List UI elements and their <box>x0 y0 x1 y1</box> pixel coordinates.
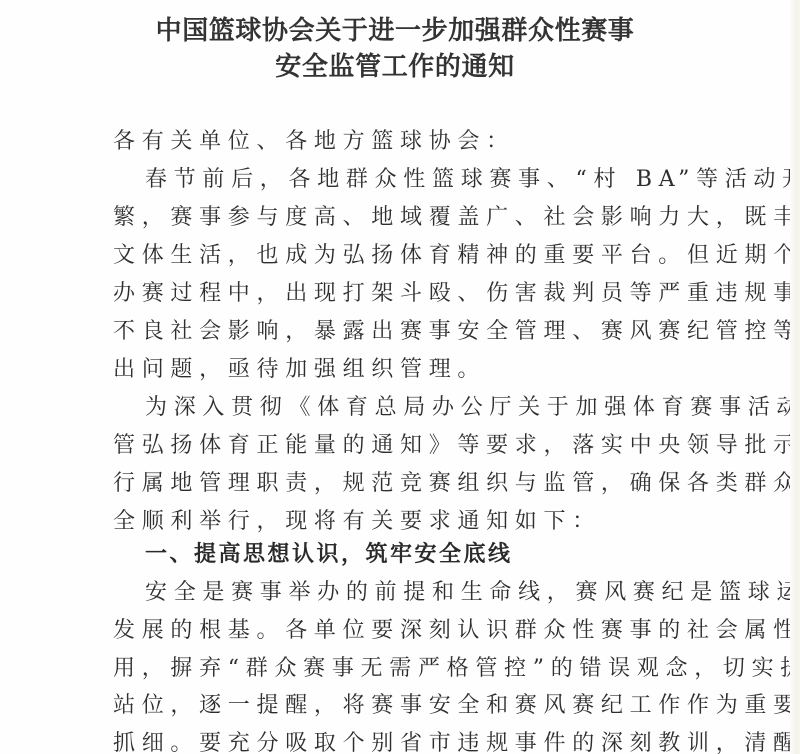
paragraph-line: 全顺利举行，现将有关要求通知如下： <box>113 509 693 535</box>
paragraph-line: 管弘扬体育正能量的通知》等要求，落实中央领导批示精神，履 <box>113 433 693 459</box>
paragraph-line: 办赛过程中，出现打架斗殴、伤害裁判员等严重违规事件，造成 <box>113 281 693 307</box>
paragraph-line: 繁，赛事参与度高、地域覆盖广、社会影响力大，既丰富了群众 <box>113 205 693 231</box>
paragraph-line: 站位，逐一提醒，将赛事安全和赛风赛纪工作作为重要责任抓实 <box>113 693 693 719</box>
paragraph-line: 安全是赛事举办的前提和生命线，赛风赛纪是篮球运动健康 <box>145 580 725 606</box>
page-edge-shadow <box>790 0 800 754</box>
salutation: 各有关单位、各地方篮球协会： <box>113 129 693 155</box>
paragraph-line: 抓细。要充分吸取个别省市违规事件的深刻教训，清醒认识到打 <box>113 731 693 754</box>
paragraph-line: 用，摒弃“群众赛事无需严格管控”的错误观念，切实提高政治 <box>113 656 693 682</box>
paragraph-line: 发展的根基。各单位要深刻认识群众性赛事的社会属性和示范作 <box>113 618 693 644</box>
paragraph-line: 行属地管理职责，规范竞赛组织与监管，确保各类群众性赛事安 <box>113 471 693 497</box>
paragraph-line: 春节前后，各地群众性篮球赛事、“村 BA”等活动开展频 <box>145 167 725 193</box>
document-title-line-2: 安全监管工作的通知 <box>0 46 790 83</box>
document-page: 中国篮球协会关于进一步加强群众性赛事 安全监管工作的通知 各有关单位、各地方篮球… <box>0 0 800 754</box>
section-heading: 一、提高思想认识，筑牢安全底线 <box>145 542 513 568</box>
document-title-line-1: 中国篮球协会关于进一步加强群众性赛事 <box>0 10 790 47</box>
paragraph-line: 文体生活，也成为弘扬体育精神的重要平台。但近期个别省市在 <box>113 243 693 269</box>
paragraph-line: 不良社会影响，暴露出赛事安全管理、赛风赛纪管控等方面的突 <box>113 319 693 345</box>
paragraph-line: 为深入贯彻《体育总局办公厅关于加强体育赛事活动安全监 <box>145 395 725 421</box>
paragraph-line: 出问题，亟待加强组织管理。 <box>113 357 693 383</box>
